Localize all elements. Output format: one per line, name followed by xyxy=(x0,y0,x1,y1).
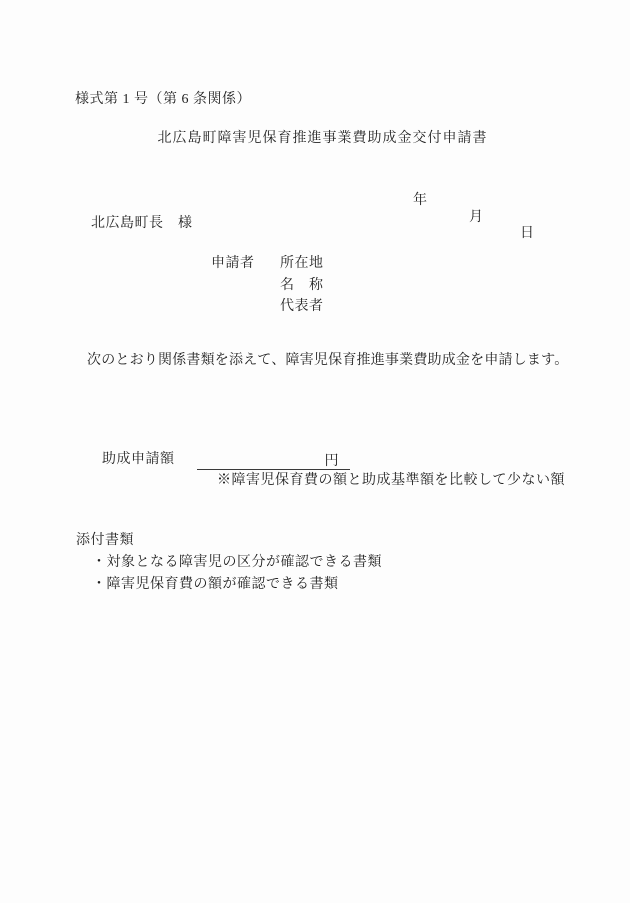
body-text: 次のとおり関係書類を添えて、障害児保育推進事業費助成金を申請します。 xyxy=(87,353,568,370)
amount-blank-field: 円 xyxy=(197,450,350,470)
date-year-label: 年 xyxy=(413,193,428,210)
date-day-label: 日 xyxy=(520,226,535,243)
applicant-field-representative: 代表者 xyxy=(280,299,324,316)
amount-unit: 円 xyxy=(325,454,340,469)
applicant-field-location: 所在地 xyxy=(280,256,324,273)
attachment-item: ・対象となる障害児の区分が確認できる書類 xyxy=(92,555,382,572)
document-title: 北広島町障害児保育推進事業費助成金交付申請書 xyxy=(15,131,630,148)
attachments-heading: 添付書類 xyxy=(76,533,134,550)
applicant-label: 申請者 xyxy=(211,256,255,273)
document-page: 様式第 1 号（第 6 条関係） 北広島町障害児保育推進事業費助成金交付申請書 … xyxy=(0,0,630,903)
amount-note: ※障害児保育費の額と助成基準額を比較して少ない額 xyxy=(217,473,565,490)
applicant-field-name: 名 称 xyxy=(280,278,324,295)
attachment-item: ・障害児保育費の額が確認できる書類 xyxy=(92,577,339,594)
date-month-label: 月 xyxy=(469,210,484,227)
amount-label: 助成申請額 xyxy=(102,452,175,469)
date-line: 年 月 日 xyxy=(0,176,630,194)
addressee: 北広島町長 様 xyxy=(91,216,193,233)
form-number: 様式第 1 号（第 6 条関係） xyxy=(75,92,251,109)
